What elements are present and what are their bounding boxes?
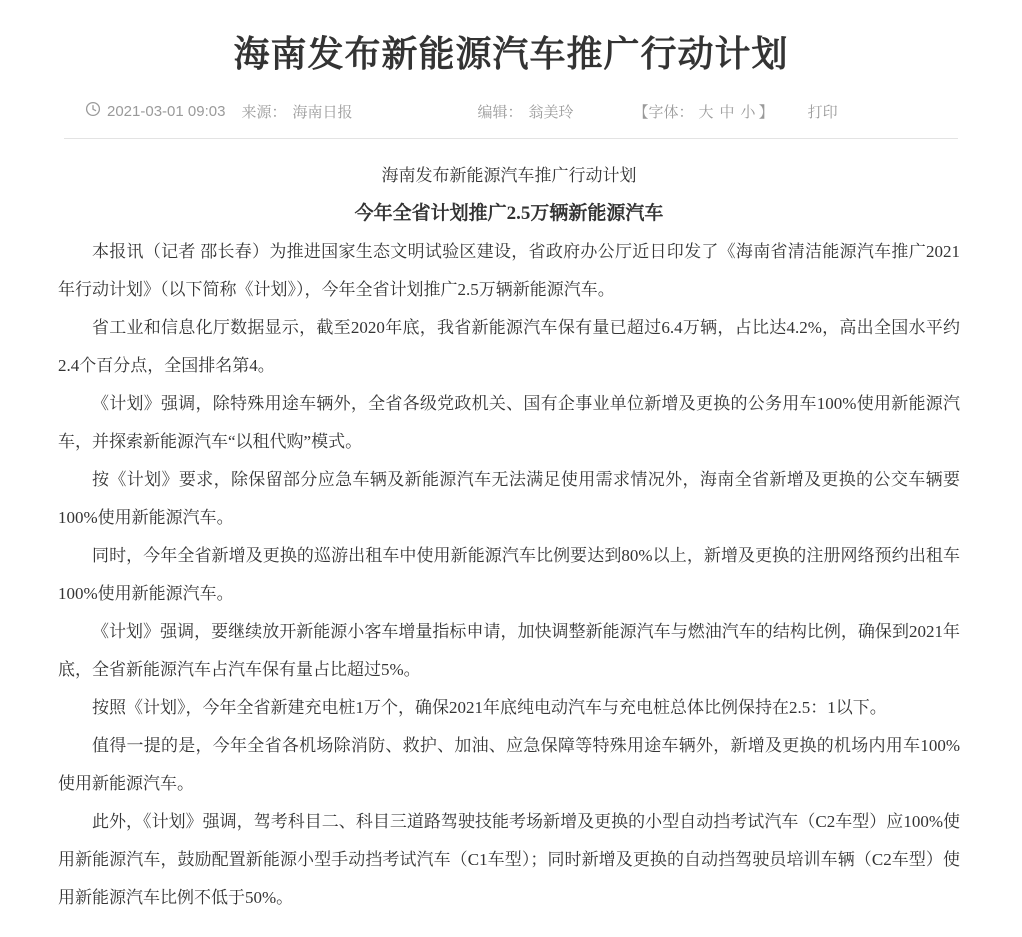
publish-datetime: 2021-03-01 09:03 (107, 103, 225, 120)
article-subtitle: 海南发布新能源汽车推广行动计划 (58, 157, 960, 195)
article-meta-bar: 2021-03-01 09:03 来源：海南日报 编辑：翁美玲 【字体：大中小】… (0, 100, 1022, 122)
paragraph-7: 按照《计划》，今年全省新建充电桩1万个，确保2021年底纯电动汽车与充电桩总体比… (58, 689, 960, 727)
editor-value: 翁美玲 (528, 104, 573, 121)
font-size-close-bracket: 】 (759, 104, 774, 121)
paragraph-4: 按《计划》要求，除保留部分应急车辆及新能源汽车无法满足使用需求情况外，海南全省新… (58, 461, 960, 537)
article-page: 海南发布新能源汽车推广行动计划 2021-03-01 09:03 来源：海南日报… (0, 30, 1022, 937)
publish-time: 2021-03-01 09:03 (85, 101, 225, 121)
source-value: 海南日报 (292, 104, 352, 121)
editor: 编辑：翁美玲 (477, 101, 573, 122)
paragraph-9: 此外，《计划》强调，驾考科目二、科目三道路驾驶技能考场新增及更换的小型自动挡考试… (58, 803, 960, 917)
font-size-large-button[interactable]: 大 (699, 104, 714, 121)
paragraph-8: 值得一提的是，今年全省各机场除消防、救护、加油、应急保障等特殊用途车辆外，新增及… (58, 727, 960, 803)
font-size-small-button[interactable]: 小 (741, 104, 756, 121)
print-button[interactable]: 打印 (808, 101, 838, 122)
paragraph-2: 省工业和信息化厅数据显示，截至2020年底，我省新能源汽车保有量已超过6.4万辆… (58, 309, 960, 385)
article-body: 海南发布新能源汽车推广行动计划 今年全省计划推广2.5万辆新能源汽车 本报讯（记… (0, 139, 1022, 937)
font-size-medium-button[interactable]: 中 (720, 104, 735, 121)
paragraph-3: 《计划》强调，除特殊用途车辆外，全省各级党政机关、国有企事业单位新增及更换的公务… (58, 385, 960, 461)
source: 来源：海南日报 (241, 101, 352, 122)
editor-label: 编辑： (477, 104, 522, 121)
paragraph-5: 同时，今年全省新增及更换的巡游出租车中使用新能源汽车比例要达到80%以上，新增及… (58, 537, 960, 613)
paragraph-1: 本报讯（记者 邵长春）为推进国家生态文明试验区建设，省政府办公厅近日印发了《海南… (58, 233, 960, 309)
font-size-open-bracket: 【字体： (634, 104, 694, 121)
article-subtitle-bold: 今年全省计划推广2.5万辆新能源汽车 (58, 195, 960, 233)
paragraph-6: 《计划》强调，要继续放开新能源小客车增量指标申请，加快调整新能源汽车与燃油汽车的… (58, 613, 960, 689)
font-size-control: 【字体：大中小】 (634, 101, 774, 122)
page-title: 海南发布新能源汽车推广行动计划 (0, 30, 1022, 78)
clock-icon (85, 101, 101, 121)
source-label: 来源： (241, 104, 286, 121)
